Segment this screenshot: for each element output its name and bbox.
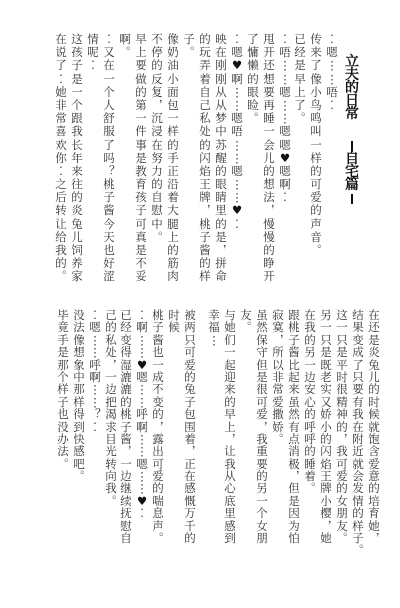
text-column: 桃子酱也一成不变的︐露出可爱的喘息声︒ xyxy=(151,310,165,545)
text-char: ︒ xyxy=(271,434,285,446)
text-char: ︐ xyxy=(367,533,381,545)
text-char: ︒ xyxy=(182,47,196,60)
text-column: 虽然保守但是很可爱︐我重要的另一个女朋 xyxy=(255,310,269,545)
text-column: ⁚唔⋮⋮嗯⋮⋮嗯嗯♥嗯啊⁚ xyxy=(278,34,292,205)
text-column: ⁚嗯⋮⋮唔⁚ xyxy=(325,34,339,113)
text-column: 已经是早上了︒ xyxy=(293,34,307,126)
text-char: 涩 xyxy=(102,271,116,284)
text-column: ⁚嗯⋮⋮呼啊⋮⋮︖⁚ xyxy=(88,310,102,434)
text-column: 友︒ xyxy=(239,310,253,335)
text-column: 像奶油小面包一样的手正沿着大腿上的筋肉 xyxy=(166,34,180,285)
text-column: ⁚嗯♥啊⋮⋮嗯唔⋮⋮嗯⋮⋮♥⁚ xyxy=(230,34,244,232)
text-column: 与她们一起迎来的早上︐让我从心底里感到 xyxy=(223,310,237,545)
text-char: ⁚ xyxy=(278,192,292,205)
text-char: 肉 xyxy=(166,271,180,284)
text-char: ︒ xyxy=(293,113,307,126)
text-column: 跟桃子酱比起来虽然有点消极︐但是因为怕 xyxy=(287,310,301,545)
title-char: 篇 xyxy=(345,179,359,192)
text-column: 在我的另一边安心的呼呼的睡着︒ xyxy=(303,310,317,496)
text-char: ︒ xyxy=(309,245,323,258)
text-column: 另一只是既老实又娇小的闪焰王牌小樱︐她 xyxy=(319,310,333,545)
text-column: 不停的反复︐沉浸在努力的自慰中︒ xyxy=(150,34,164,245)
text-column: 在还是炎兔儿的时候就饱含爱意的培育她︐ xyxy=(367,310,381,545)
text-column: 子︒ xyxy=(182,34,196,60)
text-column: 毕竟手是那个样子也没办法︒ xyxy=(56,310,70,471)
text-column: 的玩弄着自己私处的闪焰王牌︐桃子酱的样 xyxy=(198,34,212,285)
text-char: ⁚ xyxy=(230,219,244,232)
text-column: 己的私处︐一边把渴求目光转向我︒ xyxy=(104,310,118,508)
text-char: ⁚ xyxy=(325,100,339,113)
title-char: 常 xyxy=(345,108,359,121)
text-column: 这一只是平时很精神的︐我可爱的女朋友︒ xyxy=(335,310,349,545)
text-char: 候 xyxy=(167,322,181,334)
text-char: ︒ xyxy=(303,483,317,495)
title-dash xyxy=(351,194,353,204)
text-char: 朋 xyxy=(255,533,269,545)
novel-page: 立夫的日常 自宅篇 立夫的日常自宅篇 ⁚嗯⋮⋮唔⁚传来了像小鸟鸣叫一样的可爱的声… xyxy=(0,0,400,608)
text-char: ⁚ xyxy=(88,422,102,434)
text-char: ︒ xyxy=(150,232,164,245)
text-column: 被两只可爱的兔子包围着︐正在感慨万千的 xyxy=(183,310,197,545)
text-column: 没法像想象中那样得到快感吧︒ xyxy=(72,310,86,483)
text-column: 在说了⁚她非常喜欢你⁚之后转让给我的︒ xyxy=(54,34,68,285)
text-column: 结果变成了只要有我在附近就会发情的样子︒ xyxy=(351,310,365,558)
text-char: 怕 xyxy=(287,533,301,545)
text-char: ⋮ xyxy=(207,335,221,347)
title-dash xyxy=(351,141,353,151)
text-column: 早上要做的第一件事是教育孩子可真是不妥 xyxy=(134,34,148,285)
text-column: 传来了像小鸟鸣叫一样的可爱的声音︒ xyxy=(309,34,323,258)
text-char: ︒ xyxy=(104,496,118,508)
text-char: 样 xyxy=(198,271,212,284)
text-char: ︒ xyxy=(54,271,68,284)
text-char: ︒ xyxy=(335,533,349,545)
text-char: ︒ xyxy=(56,459,70,471)
text-char: 命 xyxy=(214,271,228,284)
text-column: 时候 xyxy=(167,310,181,335)
text-column: 这孩子是一个跟我长年来往的炎兔儿饲养家 xyxy=(70,34,84,285)
text-column: 甩开还想要再睡一会儿的想法︐慢慢的睁开 xyxy=(262,34,276,285)
text-char: ︒ xyxy=(72,471,86,483)
text-char: 到 xyxy=(223,533,237,545)
text-char: 的 xyxy=(183,533,197,545)
text-char: ⁚ xyxy=(86,60,100,73)
text-column: 情呢⁚ xyxy=(86,34,100,74)
text-column: 了慵懒的眼睑︒ xyxy=(246,34,260,126)
text-column: 寂寞︐所以非常爱撒娇︒ xyxy=(271,310,285,446)
text-char: ︒ xyxy=(351,545,365,557)
text-char: ︒ xyxy=(246,113,260,126)
text-char: 她 xyxy=(319,533,333,545)
text-char: 妥 xyxy=(134,271,148,284)
text-char: ︒ xyxy=(239,322,253,334)
chapter-title: 立夫的日常 自宅篇 立夫的日常自宅篇 xyxy=(343,56,361,206)
text-column: 已经变得湿漉漉的桃子酱︐一边继续抚慰自 xyxy=(119,310,133,545)
text-char: 开 xyxy=(262,271,276,284)
text-char: ⁚ xyxy=(135,508,149,520)
text-column: ⁚啊⋮⋮♥嗯⋮⋮呼啊⋮⋮嗯⋮⋮♥⁚ xyxy=(135,310,149,521)
text-char: ︒ xyxy=(151,533,165,545)
text-column: 啊︒ xyxy=(118,34,132,60)
text-char: ︒ xyxy=(118,47,132,60)
text-column: 幸福⋮ xyxy=(207,310,221,347)
text-column: ⁚又在一个人舒服了吗︖桃子酱今天也好涩 xyxy=(102,34,116,285)
text-char: 家 xyxy=(70,271,84,284)
text-column: 映在刚刚从从梦中苏醒的眼睛里的是︐拼命 xyxy=(214,34,228,285)
text-char: 自 xyxy=(119,533,133,545)
